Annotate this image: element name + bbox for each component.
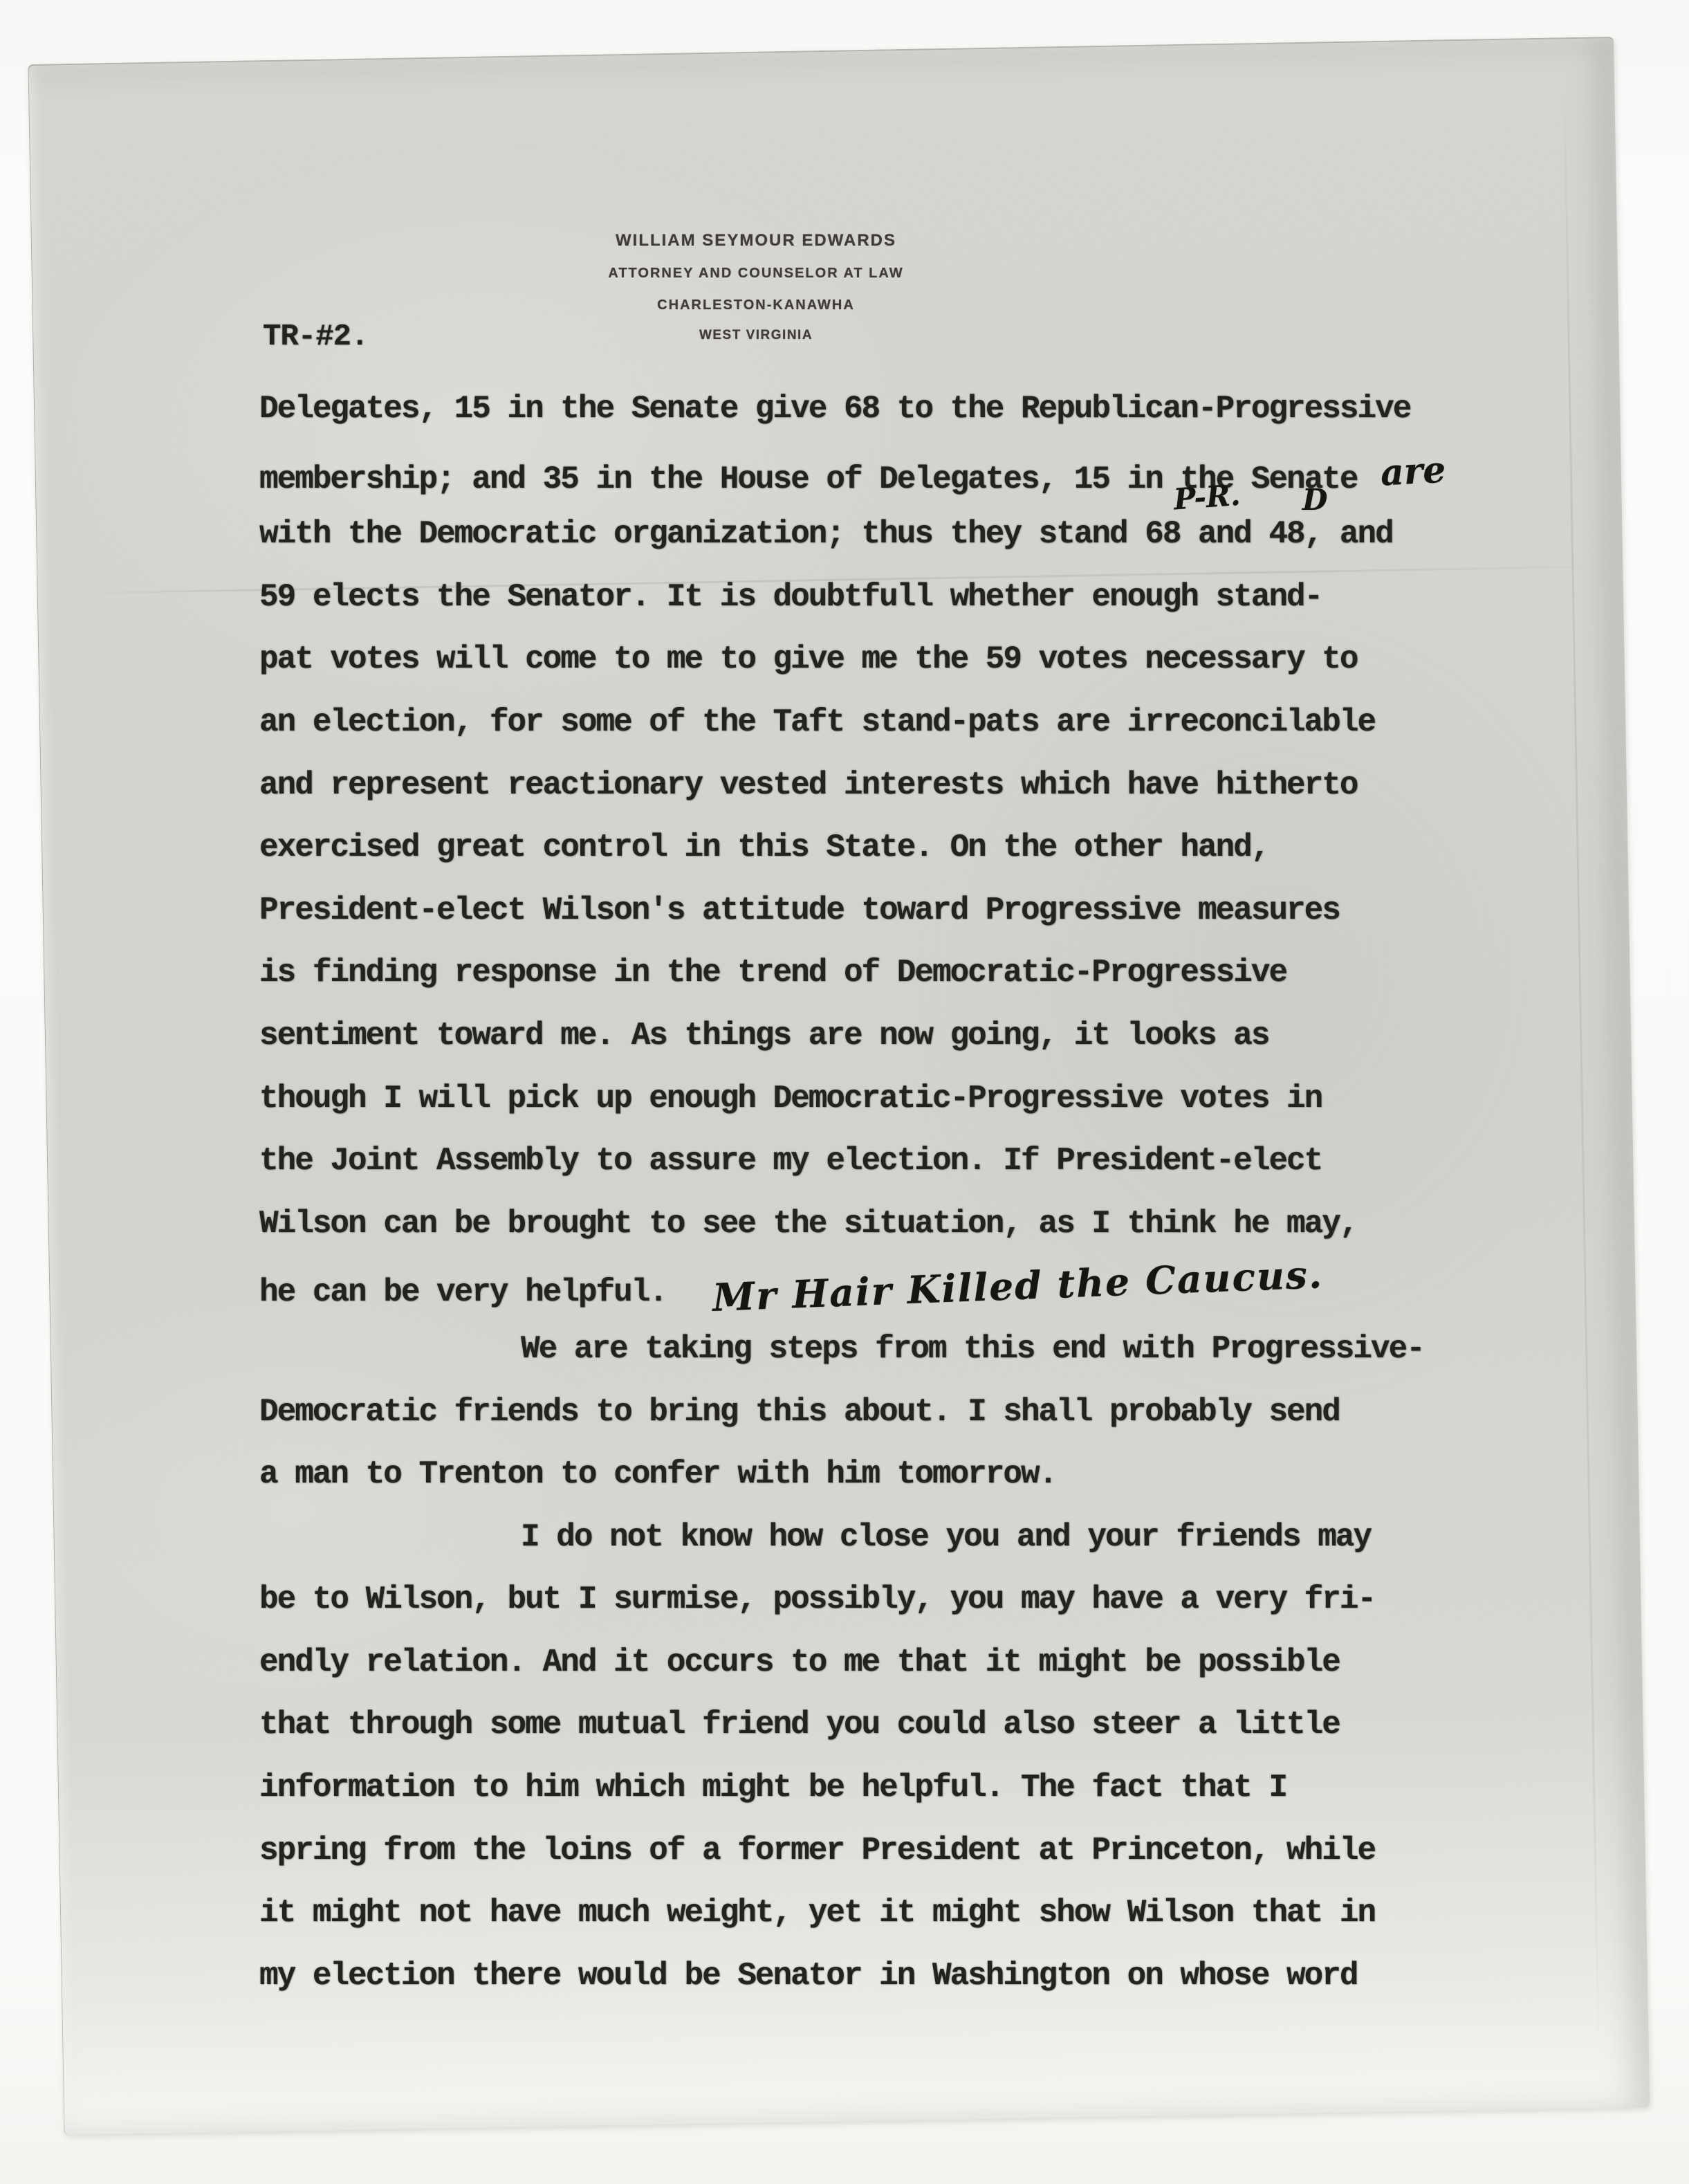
typed-line: Democratic friends to bring this about. … (259, 1381, 1477, 1444)
typed-line: though I will pick up enough Democratic-… (259, 1067, 1477, 1130)
typed-line: exercised great control in this State. O… (259, 816, 1477, 879)
typed-line: be to Wilson, but I surmise, possibly, y… (259, 1568, 1477, 1631)
typed-line: spring from the loins of a former Presid… (259, 1819, 1477, 1882)
handwritten-pr-annotation: P-R. (1172, 478, 1241, 517)
typed-line: sentiment toward me. As things are now g… (259, 1004, 1477, 1067)
typed-line: a man to Trenton to confer with him tomo… (259, 1443, 1477, 1506)
typed-line: membership; and 35 in the House of Deleg… (259, 441, 1477, 504)
typed-line: pat votes will come to me to give me the… (259, 628, 1477, 691)
typed-line: information to him which might be helpfu… (259, 1756, 1477, 1819)
handwritten-d-annotation: D (1302, 483, 1327, 517)
typed-line: and represent reactionary vested interes… (259, 754, 1477, 817)
typed-line: I do not know how close you and your fri… (259, 1506, 1477, 1569)
typed-line: an election, for some of the Taft stand-… (259, 691, 1477, 754)
letterhead-title: ATTORNEY AND COUNSELOR AT LAW (479, 266, 1033, 282)
handwritten-caucus-note: Mr Hair Killed the Caucus. (711, 1243, 1324, 1329)
typed-line: it might not have much weight, yet it mi… (259, 1882, 1477, 1945)
typed-line: he can be very helpful.Mr Hair Killed th… (259, 1255, 1477, 1318)
typed-line: is finding response in the trend of Demo… (259, 942, 1477, 1004)
typed-line: President-elect Wilson's attitude toward… (259, 879, 1477, 942)
letterhead-city: CHARLESTON-KANAWHA (479, 297, 1033, 313)
letterhead: WILLIAM SEYMOUR EDWARDS ATTORNEY AND COU… (479, 231, 1033, 349)
letter-body: P-R. D Delegates, 15 in the Senate give … (259, 378, 1477, 2007)
document-reference: TR-#2. (263, 320, 368, 354)
typed-line: Delegates, 15 in the Senate give 68 to t… (259, 378, 1477, 441)
letterhead-state: WEST VIRGINIA (479, 328, 1033, 343)
typed-line: with the Democratic organization; thus t… (259, 503, 1477, 566)
typed-line: 59 elects the Senator. It is doubtfull w… (259, 566, 1477, 629)
letterhead-name: WILLIAM SEYMOUR EDWARDS (479, 231, 1033, 250)
typed-line: We are taking steps from this end with P… (259, 1318, 1477, 1381)
scan-background: { "document": { "reference": "TR-#2.", "… (0, 0, 1689, 2184)
vertical-fold-crease (1563, 87, 1600, 2066)
typed-line: the Joint Assembly to assure my election… (259, 1130, 1477, 1193)
typed-line: that through some mutual friend you coul… (259, 1694, 1477, 1756)
typed-line: endly relation. And it occurs to me that… (259, 1631, 1477, 1694)
typed-line: my election there would be Senator in Wa… (259, 1945, 1477, 2008)
handwritten-are-annotation: are (1379, 439, 1448, 504)
